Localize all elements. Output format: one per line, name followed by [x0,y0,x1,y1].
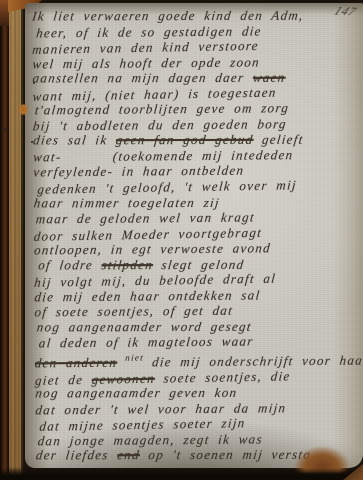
handwriting-segment: op 't soenen mij versta [139,447,312,462]
handwriting-segment: of soete soentjes, of get dat [34,303,234,320]
handwriting-segment: t'almogtend toorblijten geve om zorg [34,100,290,117]
handwriting-segment: gewoonen [91,370,155,386]
handwriting-segment: end [116,447,140,462]
manuscript-photo: 147 Ik liet verwaeren goede kind den Adm… [0,0,363,480]
handwriting-segment: bij 't abodleten du den goeden borg [32,116,287,133]
handwriting-segment: geen fan god gebud [115,132,254,147]
handwriting-segment: haar nimmer toegelaten zij [33,194,221,210]
stain-left-margin [19,104,28,115]
handwriting-segment: heer, of ik de so gestadigen die [36,23,263,40]
ink-speck [33,82,35,84]
handwriting-segment: niet [117,352,144,362]
bottom-edge-shadow [0,468,363,480]
handwriting-segment: wel mij als hooft der opde zoon [32,54,261,71]
handwriting-segment: Ik liet verwaeren goede kind den Adm, [31,8,304,24]
handwriting-line: Ik liet verwaeren goede kind den Adm, [31,8,356,24]
manuscript-page: 147 Ik liet verwaeren goede kind den Adm… [25,3,363,468]
book-spine [0,0,9,480]
handwriting-segment: of lodre [38,257,103,272]
handwriting-segment: waen [252,70,286,85]
handwriting-line: dies sal ik geen fan god gebud gelieft [32,132,357,148]
handwriting-segment: stilpden [101,257,154,272]
handwriting-segment: nog aangenaamder geven kon [35,385,239,401]
ink-speck [3,128,6,131]
handwriting-segment: al deden of ik magteloos waar [38,334,254,351]
handwriting-segment: soete soentjes, die [154,368,291,385]
handwriting-segment: ontloopen, in egt verwoeste avond [33,241,271,258]
handwriting-segment: den anderen [34,355,118,371]
handwriting-segment: dies sal ik [32,133,117,148]
handwriting-segment: aanstellen na mijn dagen daer [32,70,254,86]
handwriting-segment: der liefdes [35,448,118,463]
handwriting-segment: nog aangenaamder word gesegt [36,319,253,335]
handwriting-segment: verfeylende- in haar ontbelden [33,163,245,180]
handwriting-segment: die mij eden haar ontdekken sal [34,287,261,304]
handwriting-segment: slegt gelond [152,257,245,272]
handwriting-segment: dan jonge maagden, zegt ik was [37,431,264,448]
handwriting-block: Ik liet verwaeren goede kind den Adm,hee… [32,7,359,465]
ink-speck [31,141,33,143]
handwriting-line: ontloopen, in egt verwoeste avond [33,240,357,258]
handwriting-segment: maar de geloden wel van kragt [35,210,256,227]
handwriting-line: of soete soentjes, of get dat [34,302,358,320]
handwriting-segment: gelieft [253,132,305,147]
handwriting-line: nog aangenaamder geven kon [35,385,360,401]
handwriting-segment: wat- [33,149,63,164]
